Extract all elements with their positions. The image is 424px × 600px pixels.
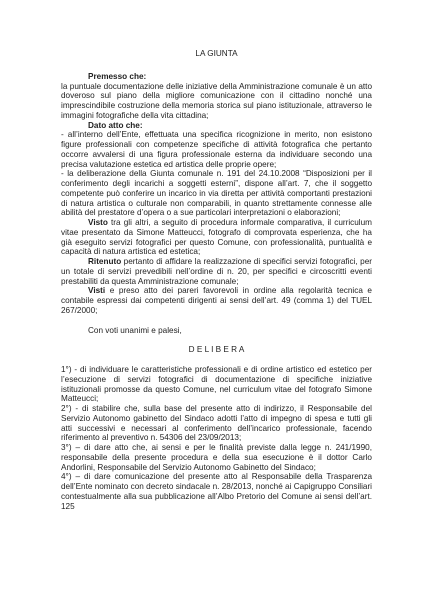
visto-paragraph: Visto tra gli altri, a seguito di proced… bbox=[61, 218, 372, 257]
ritenuto-lead-word: Ritenuto bbox=[88, 257, 121, 266]
visti-lead-word: Visti bbox=[88, 286, 105, 295]
dato-atto-item-1: - all’interno dell’Ente, effettuata una … bbox=[61, 130, 372, 169]
document-title: LA GIUNTA bbox=[61, 49, 372, 59]
dato-atto-heading: Dato atto che: bbox=[61, 121, 372, 131]
dato-atto-item-2: - la deliberazione della Giunta comunale… bbox=[61, 169, 372, 218]
visti-paragraph-text: e preso atto dei pareri favorevoli in or… bbox=[61, 286, 372, 315]
votes-line: Con voti unanimi e palesi, bbox=[61, 326, 372, 336]
delibera-item-1: 1°) - di individuare le caratteristiche … bbox=[61, 365, 372, 404]
delibera-item-3: 3°) – di dare atto che, ai sensi e per l… bbox=[61, 443, 372, 472]
visti-paragraph: Visti e preso atto dei pareri favorevoli… bbox=[61, 286, 372, 315]
visto-lead-word: Visto bbox=[88, 218, 108, 227]
premesso-body: la puntuale documentazione delle iniziat… bbox=[61, 82, 372, 121]
delibera-item-4: 4°) – di dare comunicazione del presente… bbox=[61, 472, 372, 511]
delibera-heading: D E L I B E R A bbox=[61, 345, 372, 355]
visto-paragraph-text: tra gli altri, a seguito di procedura in… bbox=[61, 218, 372, 256]
ritenuto-paragraph: Ritenuto pertanto di affidare la realizz… bbox=[61, 257, 372, 286]
delibera-item-2: 2°) - di stabilire che, sulla base del p… bbox=[61, 404, 372, 443]
document-page: LA GIUNTA Premesso che: la puntuale docu… bbox=[0, 0, 424, 600]
premesso-heading: Premesso che: bbox=[61, 72, 372, 82]
